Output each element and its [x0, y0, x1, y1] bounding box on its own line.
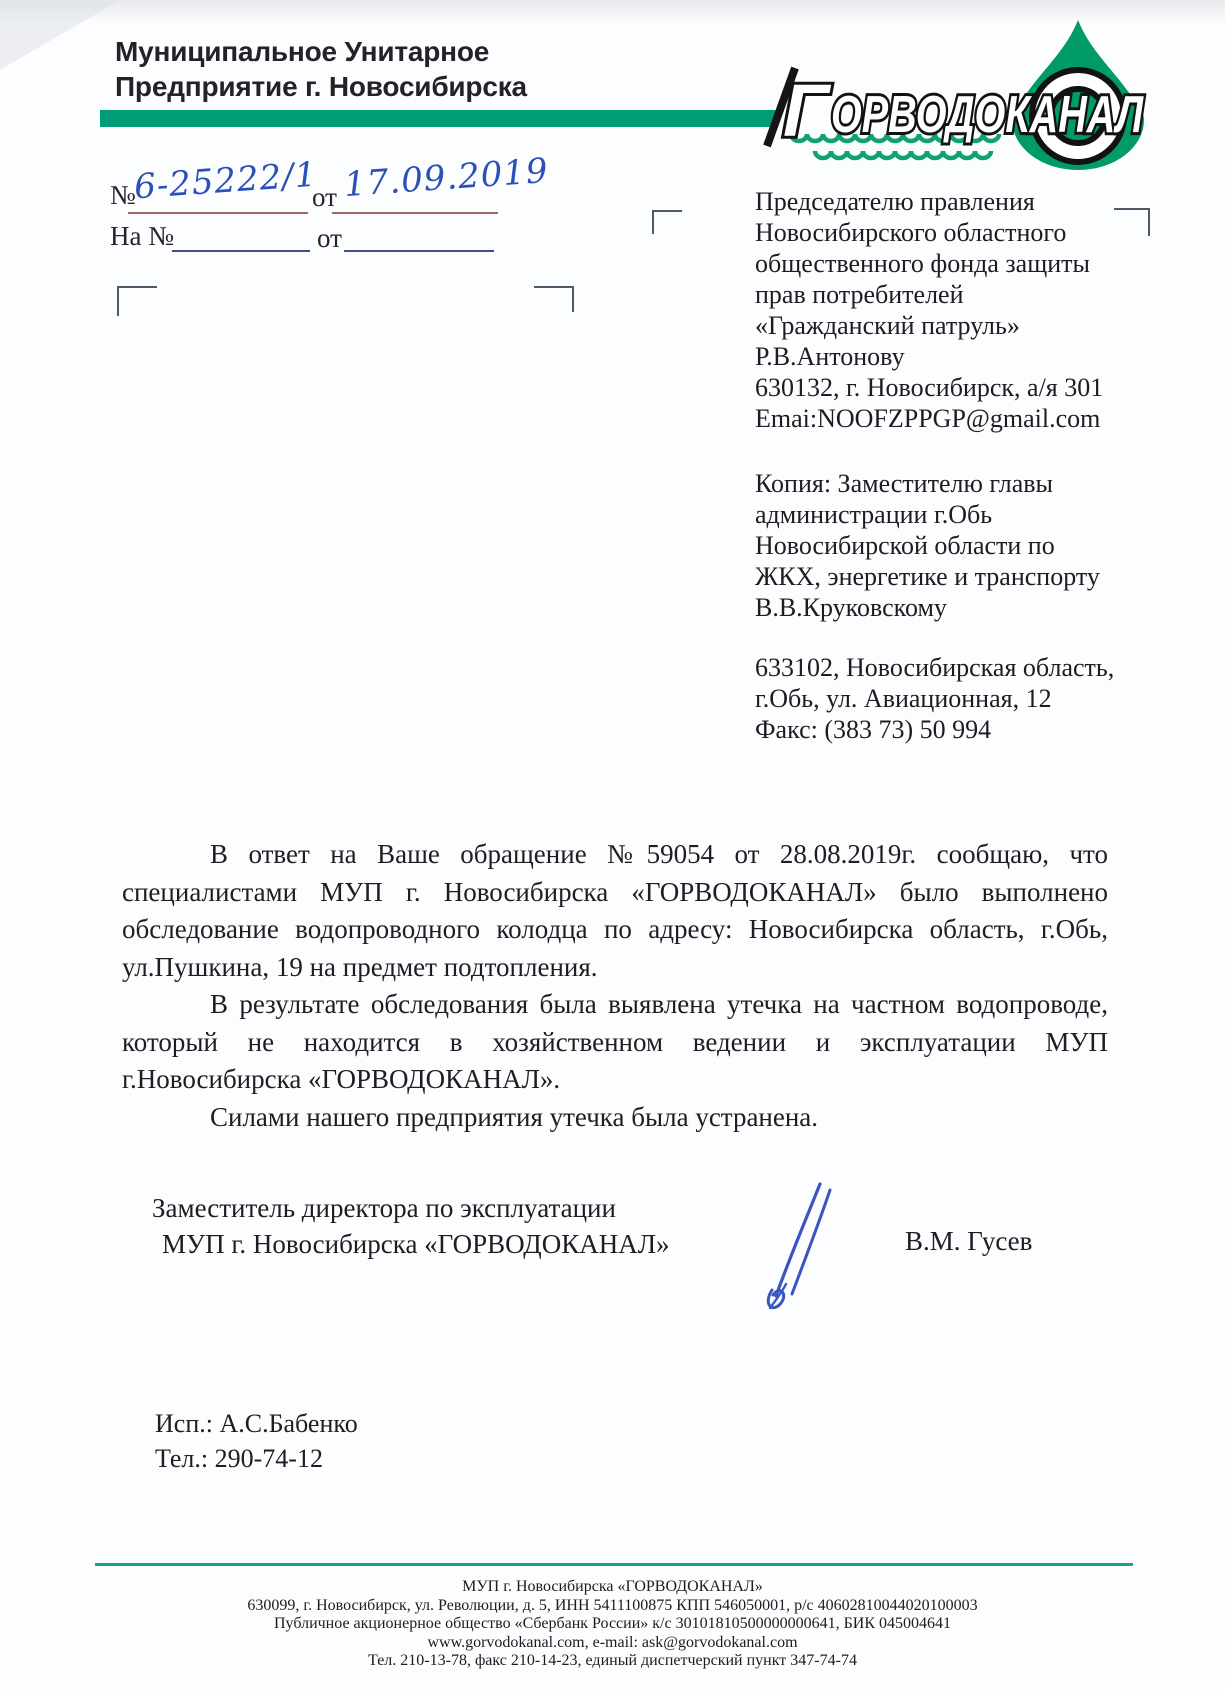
recipient-line: Р.В.Антонову — [755, 341, 1155, 372]
gorvodokanal-logo: Г ОРВОДОКАНАЛ — [755, 14, 1169, 178]
reply-date-ot-label: от — [317, 223, 342, 254]
copy-address-block: 633102, Новосибирская область, г.Обь, ул… — [755, 652, 1155, 745]
org-name-line1: Муниципальное Унитарное — [115, 34, 527, 69]
copy-line: Новосибирской области по — [755, 530, 1155, 561]
body-paragraph-1: В ответ на Ваше обращение №59054 от 28.0… — [122, 836, 1108, 986]
executor-block: Исп.: А.С.Бабенко Тел.: 290-74-12 — [155, 1406, 358, 1476]
reply-ref-label: На № — [110, 221, 174, 252]
copy-line: Копия: Заместителю главы — [755, 468, 1155, 499]
recipient-block: Председателю правления Новосибирского об… — [755, 186, 1155, 434]
copy-address-line: 633102, Новосибирская область, — [755, 652, 1155, 683]
ref-zone-mark-right — [534, 286, 574, 312]
executor-name: Исп.: А.С.Бабенко — [155, 1406, 358, 1441]
recipient-line: Emai:NOOFZPPGP@gmail.com — [755, 403, 1155, 434]
ref-number-handwritten: 6-25222/1 — [133, 155, 319, 208]
ref-date-handwritten: 17.09.2019 — [343, 151, 550, 205]
footer-line: Тел. 210-13-78, факс 210-14-23, единый д… — [60, 1652, 1165, 1671]
copy-recipient-block: Копия: Заместителю главы администрации г… — [755, 468, 1155, 623]
recipient-line: «Гражданский патруль» — [755, 310, 1155, 341]
signer-position-line2: МУП г. Новосибирска «ГОРВОДОКАНАЛ» — [152, 1226, 670, 1262]
executor-phone: Тел.: 290-74-12 — [155, 1441, 358, 1476]
footer-line: www.gorvodokanal.com, e-mail: ask@gorvod… — [60, 1634, 1165, 1653]
footer-requisites: МУП г. Новосибирска «ГОРВОДОКАНАЛ» 63009… — [60, 1578, 1165, 1671]
ref-date-ot-label: от — [312, 182, 337, 213]
ref-zone-mark-left — [117, 286, 157, 316]
footer-green-rule — [95, 1563, 1133, 1566]
copy-address-line: г.Обь, ул. Авиационная, 12 — [755, 683, 1155, 714]
footer-line: МУП г. Новосибирска «ГОРВОДОКАНАЛ» — [60, 1578, 1165, 1597]
sender-org-name: Муниципальное Унитарное Предприятие г. Н… — [115, 34, 527, 104]
recipient-line: прав потребителей — [755, 279, 1155, 310]
ref-number-label: № — [110, 180, 136, 211]
logo-initial: Г — [783, 69, 832, 152]
recipient-line: 630132, г. Новосибирск, а/я 301 — [755, 372, 1155, 403]
recipient-line: Новосибирского областного — [755, 217, 1155, 248]
signer-position: Заместитель директора по эксплуатации МУ… — [152, 1190, 670, 1262]
handwritten-signature — [742, 1178, 862, 1312]
logo-wordmark: ОРВОДОКАНАЛ — [831, 86, 1144, 144]
signer-position-line1: Заместитель директора по эксплуатации — [152, 1190, 670, 1226]
org-name-line2: Предприятие г. Новосибирска — [115, 69, 527, 104]
recipient-line: Председателю правления — [755, 186, 1155, 217]
copy-line: ЖКХ, энергетике и транспорту — [755, 561, 1155, 592]
footer-line: 630099, г. Новосибирск, ул. Революции, д… — [60, 1597, 1165, 1616]
copy-line: В.В.Круковскому — [755, 592, 1155, 623]
reply-date-underline — [344, 250, 494, 252]
body-paragraph-3: Силами нашего предприятия утечка была ус… — [122, 1099, 1108, 1137]
signer-name: В.М. Гусев — [905, 1226, 1032, 1257]
ref-number-underline — [128, 212, 308, 214]
footer-line: Публичное акционерное общество «Сбербанк… — [60, 1615, 1165, 1634]
header-green-rule — [100, 110, 776, 127]
address-window-mark-left — [652, 210, 682, 234]
letter-page: Муниципальное Унитарное Предприятие г. Н… — [0, 0, 1225, 1689]
reply-ref-underline — [172, 250, 310, 252]
logo-waves-row2 — [815, 151, 991, 158]
body-paragraph-2: В результате обследования была выявлена … — [122, 986, 1108, 1099]
ref-date-underline — [332, 212, 498, 214]
recipient-line: общественного фонда защиты — [755, 248, 1155, 279]
paper-fold-shade — [0, 0, 120, 70]
letter-body: В ответ на Ваше обращение №59054 от 28.0… — [122, 836, 1108, 1136]
copy-address-line: Факс: (383 73) 50 994 — [755, 714, 1155, 745]
copy-line: администрации г.Обь — [755, 499, 1155, 530]
